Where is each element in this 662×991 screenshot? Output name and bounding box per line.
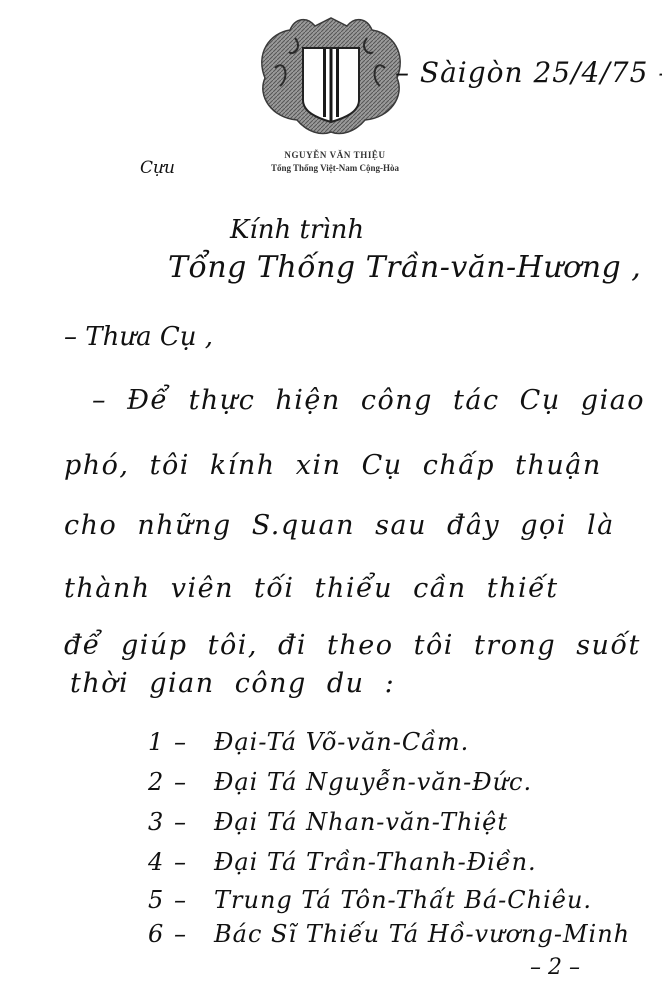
list-number: 4 [148,848,174,876]
body-line: để giúp tôi, đi theo tôi trong suốt [64,630,641,661]
letter-page: NGUYỄN VĂN THIỆU Tổng Thống Việt-Nam Cộn… [0,0,662,991]
page-number-marker: – 2 – [530,955,580,980]
respectful-opening: Kính trình [230,215,364,245]
officer-name: Đại Tá Trần-Thanh-Điền. [214,848,537,876]
list-number: 3 [148,808,174,836]
officer-list-item: 2–Đại Tá Nguyễn-văn-Đức. [148,768,532,796]
letterhead-title: Tổng Thống Việt-Nam Cộng-Hòa [200,163,470,173]
addressee: Tổng Thống Trần-văn-Hương , [168,250,641,285]
officer-name: Đại Tá Nhan-văn-Thiệt [214,808,508,836]
list-dash: – [174,768,214,796]
presidential-seal-icon [245,8,417,138]
date-line: – Sàigòn 25/4/75 – [395,56,662,89]
list-dash: – [174,848,214,876]
letterhead-name: NGUYỄN VĂN THIỆU [200,150,470,160]
margin-note: Cựu [140,158,175,178]
salutation: – Thưa Cụ , [64,322,213,352]
officer-list-item: 4–Đại Tá Trần-Thanh-Điền. [148,848,537,876]
officer-list-item: 5–Trung Tá Tôn-Thất Bá-Chiêu. [148,886,592,914]
list-dash: – [174,728,214,756]
list-dash: – [174,886,214,914]
body-line: phó, tôi kính xin Cụ chấp thuận [64,450,602,481]
list-number: 5 [148,886,174,914]
officer-name: Trung Tá Tôn-Thất Bá-Chiêu. [214,886,592,914]
body-line: – Để thực hiện công tác Cụ giao [92,385,645,416]
body-line: cho những S.quan sau đây gọi là [64,510,615,541]
officer-list-item: 3–Đại Tá Nhan-văn-Thiệt [148,808,508,836]
officer-name: Đại-Tá Võ-văn-Cầm. [214,728,469,756]
list-dash: – [174,808,214,836]
body-line: thời gian công du : [70,668,395,699]
officer-list-item: 1–Đại-Tá Võ-văn-Cầm. [148,728,469,756]
officer-name: Đại Tá Nguyễn-văn-Đức. [214,768,532,796]
body-line: thành viên tối thiểu cần thiết [64,573,559,604]
list-number: 2 [148,768,174,796]
list-number: 6 [148,920,174,948]
officer-name: Bác Sĩ Thiếu Tá Hồ-vương-Minh [214,920,630,948]
list-dash: – [174,920,214,948]
list-number: 1 [148,728,174,756]
officer-list-item: 6–Bác Sĩ Thiếu Tá Hồ-vương-Minh [148,920,630,948]
